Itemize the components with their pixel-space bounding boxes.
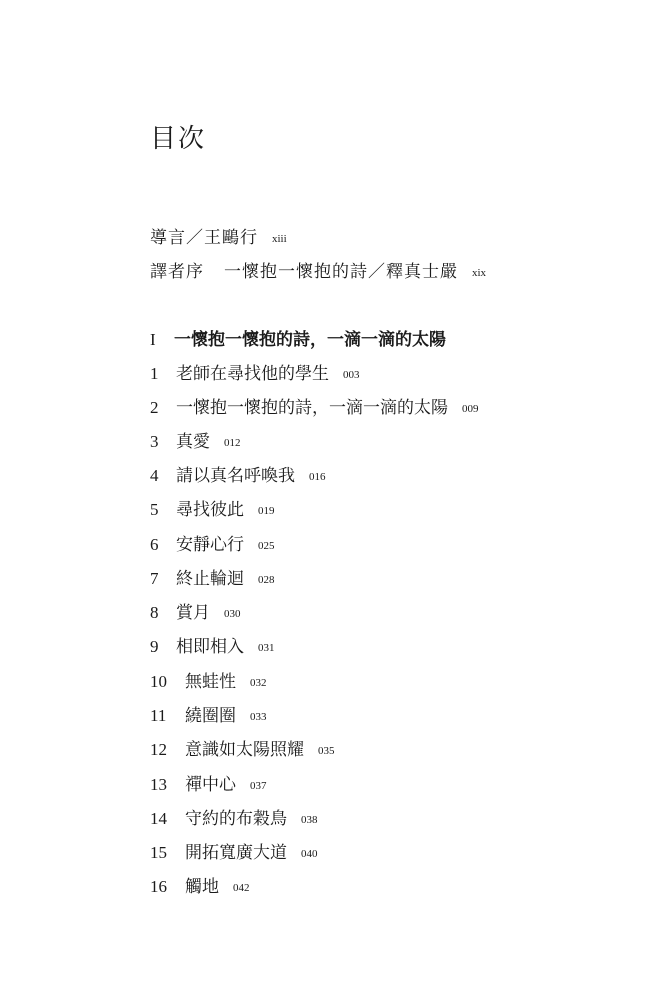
toc-entry: 12意識如太陽照耀035 — [150, 738, 335, 763]
toc-entry: 4請以真名呼喚我016 — [150, 464, 326, 489]
entry-number: 4 — [150, 464, 176, 488]
entry-title: 一懷抱一懷抱的詩，一滴一滴的太陽 — [176, 398, 448, 418]
toc-entry: 10無蛙性032 — [150, 670, 267, 695]
entry-number: 6 — [150, 533, 176, 557]
entry-title: 一懷抱一懷抱的詩／釋真士嚴 — [224, 262, 458, 282]
entry-number: 10 — [150, 670, 185, 694]
entry-title: 相即相入 — [176, 637, 244, 657]
entry-number: 3 — [150, 430, 176, 454]
page-number: 009 — [462, 403, 479, 415]
entry-title: 禪中心 — [185, 775, 236, 795]
page-number: 042 — [233, 882, 250, 894]
entry-title: 無蛙性 — [185, 672, 236, 692]
page-number: 030 — [224, 608, 241, 620]
part-heading: I一懷抱一懷抱的詩，一滴一滴的太陽 — [150, 328, 446, 352]
page-number: 025 — [258, 540, 275, 552]
entry-number: 11 — [150, 704, 185, 728]
toc-entry: 5尋找彼此019 — [150, 498, 275, 523]
toc-entry: 13禪中心037 — [150, 773, 267, 798]
page-number: xix — [472, 267, 486, 279]
entry-title: 老師在尋找他的學生 — [176, 364, 329, 384]
entry-title: 開拓寬廣大道 — [185, 843, 287, 863]
entry-title: 意識如太陽照耀 — [185, 740, 304, 760]
page-number: 012 — [224, 437, 241, 449]
entry-number: 14 — [150, 807, 185, 831]
entry-number: 16 — [150, 875, 185, 899]
entry-number: 1 — [150, 362, 176, 386]
page-number: 033 — [250, 711, 267, 723]
page-number: 016 — [309, 471, 326, 483]
toc-entry: 16觸地042 — [150, 875, 250, 900]
entry-title: 繞圈圈 — [185, 706, 236, 726]
page-number: 040 — [301, 848, 318, 860]
toc-entry: 15開拓寬廣大道040 — [150, 841, 318, 866]
entry-number: 15 — [150, 841, 185, 865]
page-number: 032 — [250, 677, 267, 689]
entry-title: 安靜心行 — [176, 535, 244, 555]
entry-title: 觸地 — [185, 877, 219, 897]
entry-title: 終止輪迴 — [176, 569, 244, 589]
page-title: 目次 — [150, 118, 206, 155]
entry-title: 尋找彼此 — [176, 500, 244, 520]
entry-number: 8 — [150, 601, 176, 625]
page-number: 038 — [301, 814, 318, 826]
toc-front-preface: 譯者序一懷抱一懷抱的詩／釋真士嚴xix — [150, 260, 486, 285]
toc-entry: 7終止輪迴028 — [150, 567, 275, 592]
entry-prefix: 譯者序 — [150, 262, 204, 282]
page-number: 019 — [258, 505, 275, 517]
entry-title: 導言／王鷗行 — [150, 228, 258, 248]
entry-number: 5 — [150, 498, 176, 522]
entry-number: 7 — [150, 567, 176, 591]
part-number: I — [150, 328, 174, 352]
page-number: 035 — [318, 745, 335, 757]
toc-entry: 6安靜心行025 — [150, 533, 275, 558]
page-number: 037 — [250, 780, 267, 792]
part-title: 一懷抱一懷抱的詩，一滴一滴的太陽 — [174, 330, 446, 350]
toc-entry: 2一懷抱一懷抱的詩，一滴一滴的太陽009 — [150, 396, 479, 421]
entry-title: 真愛 — [176, 432, 210, 452]
toc-front-intro: 導言／王鷗行xiii — [150, 226, 287, 251]
toc-entry: 8賞月030 — [150, 601, 241, 626]
toc-entry: 3真愛012 — [150, 430, 241, 455]
toc-entry: 14守約的布穀鳥038 — [150, 807, 318, 832]
page-number: 028 — [258, 574, 275, 586]
toc-entry: 9相即相入031 — [150, 635, 275, 660]
entry-title: 守約的布穀鳥 — [185, 809, 287, 829]
page-number: 031 — [258, 642, 275, 654]
entry-number: 13 — [150, 773, 185, 797]
entry-title: 賞月 — [176, 603, 210, 623]
page-number: 003 — [343, 369, 360, 381]
page-number: xiii — [272, 233, 287, 245]
entry-number: 12 — [150, 738, 185, 762]
entry-title: 請以真名呼喚我 — [176, 466, 295, 486]
toc-entry: 11繞圈圈033 — [150, 704, 267, 729]
entry-number: 2 — [150, 396, 176, 420]
entry-number: 9 — [150, 635, 176, 659]
toc-entry: 1老師在尋找他的學生003 — [150, 362, 360, 387]
